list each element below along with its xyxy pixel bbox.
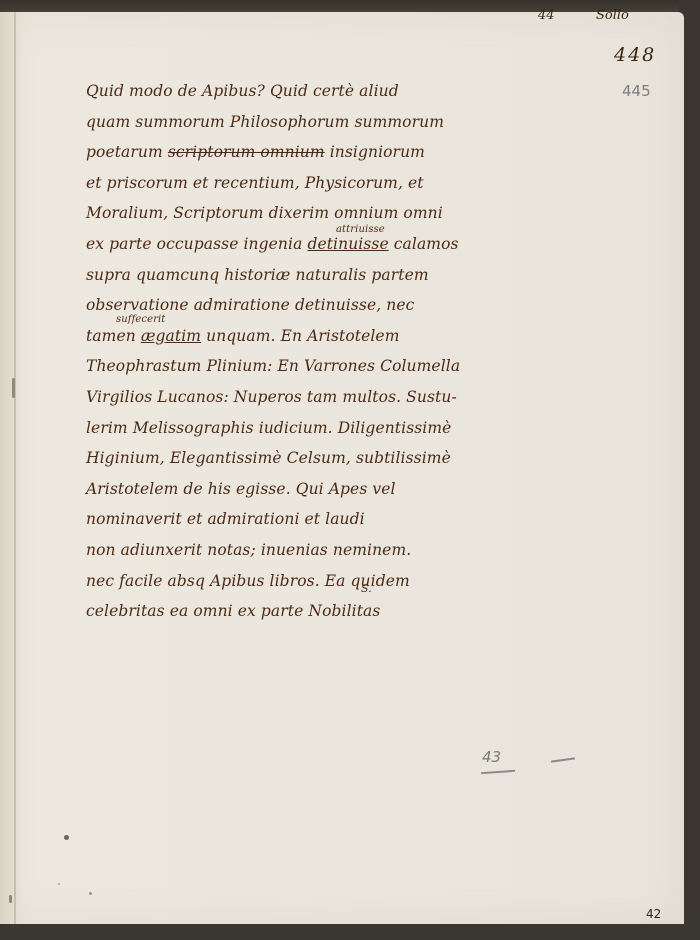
underlined-text: ægatim (141, 327, 201, 345)
text-line: non adiunxerit notas; inuenias neminem. (86, 535, 506, 566)
binding-mark (9, 895, 12, 903)
ink-spot (64, 835, 69, 840)
text-line: Quid modo de Apibus? Quid certè aliud (86, 76, 506, 107)
interlinear-correction: suffecerit (116, 315, 165, 325)
line-text: lerim Melissographis iudicium. Diligenti… (86, 419, 451, 437)
line-text: tamen (86, 327, 141, 345)
text-line: Theophrastum Plinium: En Varrones Colume… (86, 351, 506, 382)
text-line: poetarum scriptorum omnium insigniorum (86, 137, 506, 168)
line-text: insigniorum (325, 143, 425, 161)
top-left-annotation: 44 (538, 8, 555, 23)
bottom-folio-number: 42 (646, 907, 661, 921)
top-right-annotation: Sollo (596, 8, 629, 23)
underlined-text: detinuisse (307, 235, 388, 253)
binding-mark (12, 378, 15, 398)
folio-number-pencil: 445 (622, 82, 651, 100)
struck-through-text: scriptorum omnium (168, 143, 325, 161)
line-text: Theophrastum Plinium: En Varrones Colume… (86, 357, 460, 375)
text-line: Virgilios Lucanos: Nuperos tam multos. S… (86, 382, 506, 413)
text-line: suffecerit tamen ægatim unquam. En Arist… (86, 321, 506, 352)
line-text: Quid modo de Apibus? Quid certè aliud (86, 82, 399, 100)
line-text: observatione admiratione detinuisse, nec (86, 296, 414, 314)
line-text: Higinium, Elegantissimè Celsum, subtilis… (86, 449, 451, 467)
interlinear-correction: attriuisse (336, 225, 385, 235)
text-line: celebritas ea omni ex parte Nobilitas (86, 596, 506, 627)
line-text: nominaverit et admirationi et laudi (86, 510, 365, 528)
line-text: Moralium, Scriptorum dixerim omnium omni (86, 204, 443, 222)
text-line: Higinium, Elegantissimè Celsum, subtilis… (86, 443, 506, 474)
text-line: attriuisse ex parte occupasse ingenia de… (86, 229, 506, 260)
line-text: non adiunxerit notas; inuenias neminem. (86, 541, 411, 559)
line-text: quam summorum Philosophorum summorum (86, 113, 444, 131)
text-line: S. nec facile absq Apibus libros. Ea qui… (86, 566, 506, 597)
ink-spot (58, 883, 60, 885)
ink-spot (89, 892, 92, 895)
pencil-annotation: 43 (482, 748, 501, 766)
text-line: et priscorum et recentium, Physicorum, e… (86, 168, 506, 199)
line-text: et priscorum et recentium, Physicorum, e… (86, 174, 424, 192)
line-text: ex parte occupasse ingenia (86, 235, 307, 253)
line-text: calamos (389, 235, 459, 253)
text-line: Moralium, Scriptorum dixerim omnium omni (86, 198, 506, 229)
line-text: Virgilios Lucanos: Nuperos tam multos. S… (86, 388, 457, 406)
manuscript-text: Quid modo de Apibus? Quid certè aliud qu… (86, 76, 506, 627)
text-line: nominaverit et admirationi et laudi (86, 504, 506, 535)
interlinear-mark: S. (361, 584, 372, 594)
text-line: quam summorum Philosophorum summorum (86, 107, 506, 138)
text-line: lerim Melissographis iudicium. Diligenti… (86, 413, 506, 444)
line-text: supra quamcunq historiæ naturalis partem (86, 266, 429, 284)
folio-number-ink: 448 (614, 44, 656, 66)
text-line: supra quamcunq historiæ naturalis partem (86, 260, 506, 291)
line-text: Aristotelem de his egisse. Qui Apes vel (86, 480, 396, 498)
line-text: poetarum (86, 143, 168, 161)
text-line: Aristotelem de his egisse. Qui Apes vel (86, 474, 506, 505)
line-text: celebritas ea omni ex parte Nobilitas (86, 602, 380, 620)
line-text: unquam. En Aristotelem (201, 327, 399, 345)
